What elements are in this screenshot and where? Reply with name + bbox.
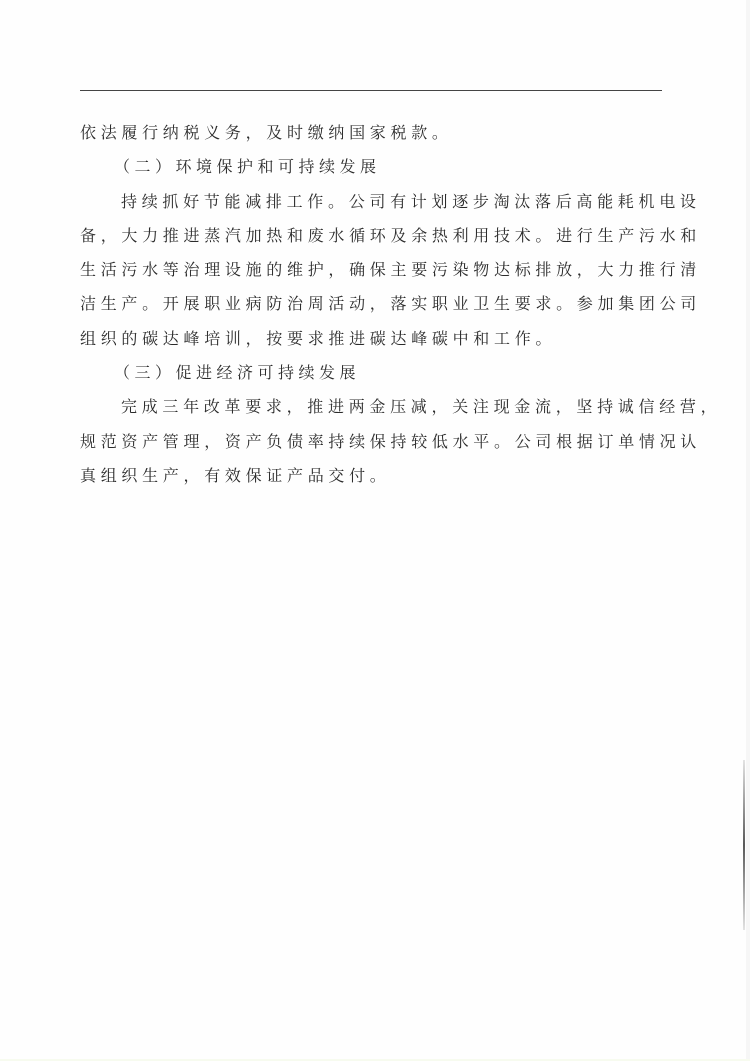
document-body: 依法履行纳税义务，及时缴纳国家税款。 （二）环境保护和可持续发展 持续抓好节能减…: [80, 116, 664, 493]
document-page: 依法履行纳税义务，及时缴纳国家税款。 （二）环境保护和可持续发展 持续抓好节能减…: [0, 0, 750, 1061]
section-heading-environment: （二）环境保护和可持续发展: [80, 150, 664, 184]
paragraph-line: 真组织生产，有效保证产品交付。: [80, 459, 664, 493]
paragraph-line: 持续抓好节能减排工作。公司有计划逐步淘汰落后高能耗机电设: [80, 185, 664, 219]
paragraph-continuation-line: 依法履行纳税义务，及时缴纳国家税款。: [80, 116, 664, 150]
paragraph-environment: 持续抓好节能减排工作。公司有计划逐步淘汰落后高能耗机电设 备，大力推进蒸汽加热和…: [80, 185, 664, 356]
paragraph-line: 规范资产管理，资产负债率持续保持较低水平。公司根据订单情况认: [80, 425, 664, 459]
paragraph-line: 洁生产。开展职业病防治周活动，落实职业卫生要求。参加集团公司: [80, 287, 664, 321]
section-heading-economy: （三）促进经济可持续发展: [80, 356, 664, 390]
paragraph-economy: 完成三年改革要求，推进两金压减，关注现金流，坚持诚信经营， 规范资产管理，资产负…: [80, 390, 664, 493]
header-rule: [80, 90, 662, 91]
paragraph-line: 组织的碳达峰培训，按要求推进碳达峰碳中和工作。: [80, 322, 664, 356]
paragraph-line: 备，大力推进蒸汽加热和废水循环及余热利用技术。进行生产污水和: [80, 219, 664, 253]
scan-edge-shadow: [743, 760, 745, 930]
paragraph-line: 生活污水等治理设施的维护，确保主要污染物达标排放，大力推行清: [80, 253, 664, 287]
paragraph-line: 完成三年改革要求，推进两金压减，关注现金流，坚持诚信经营，: [80, 390, 664, 424]
page-right-edge: [746, 0, 750, 1061]
